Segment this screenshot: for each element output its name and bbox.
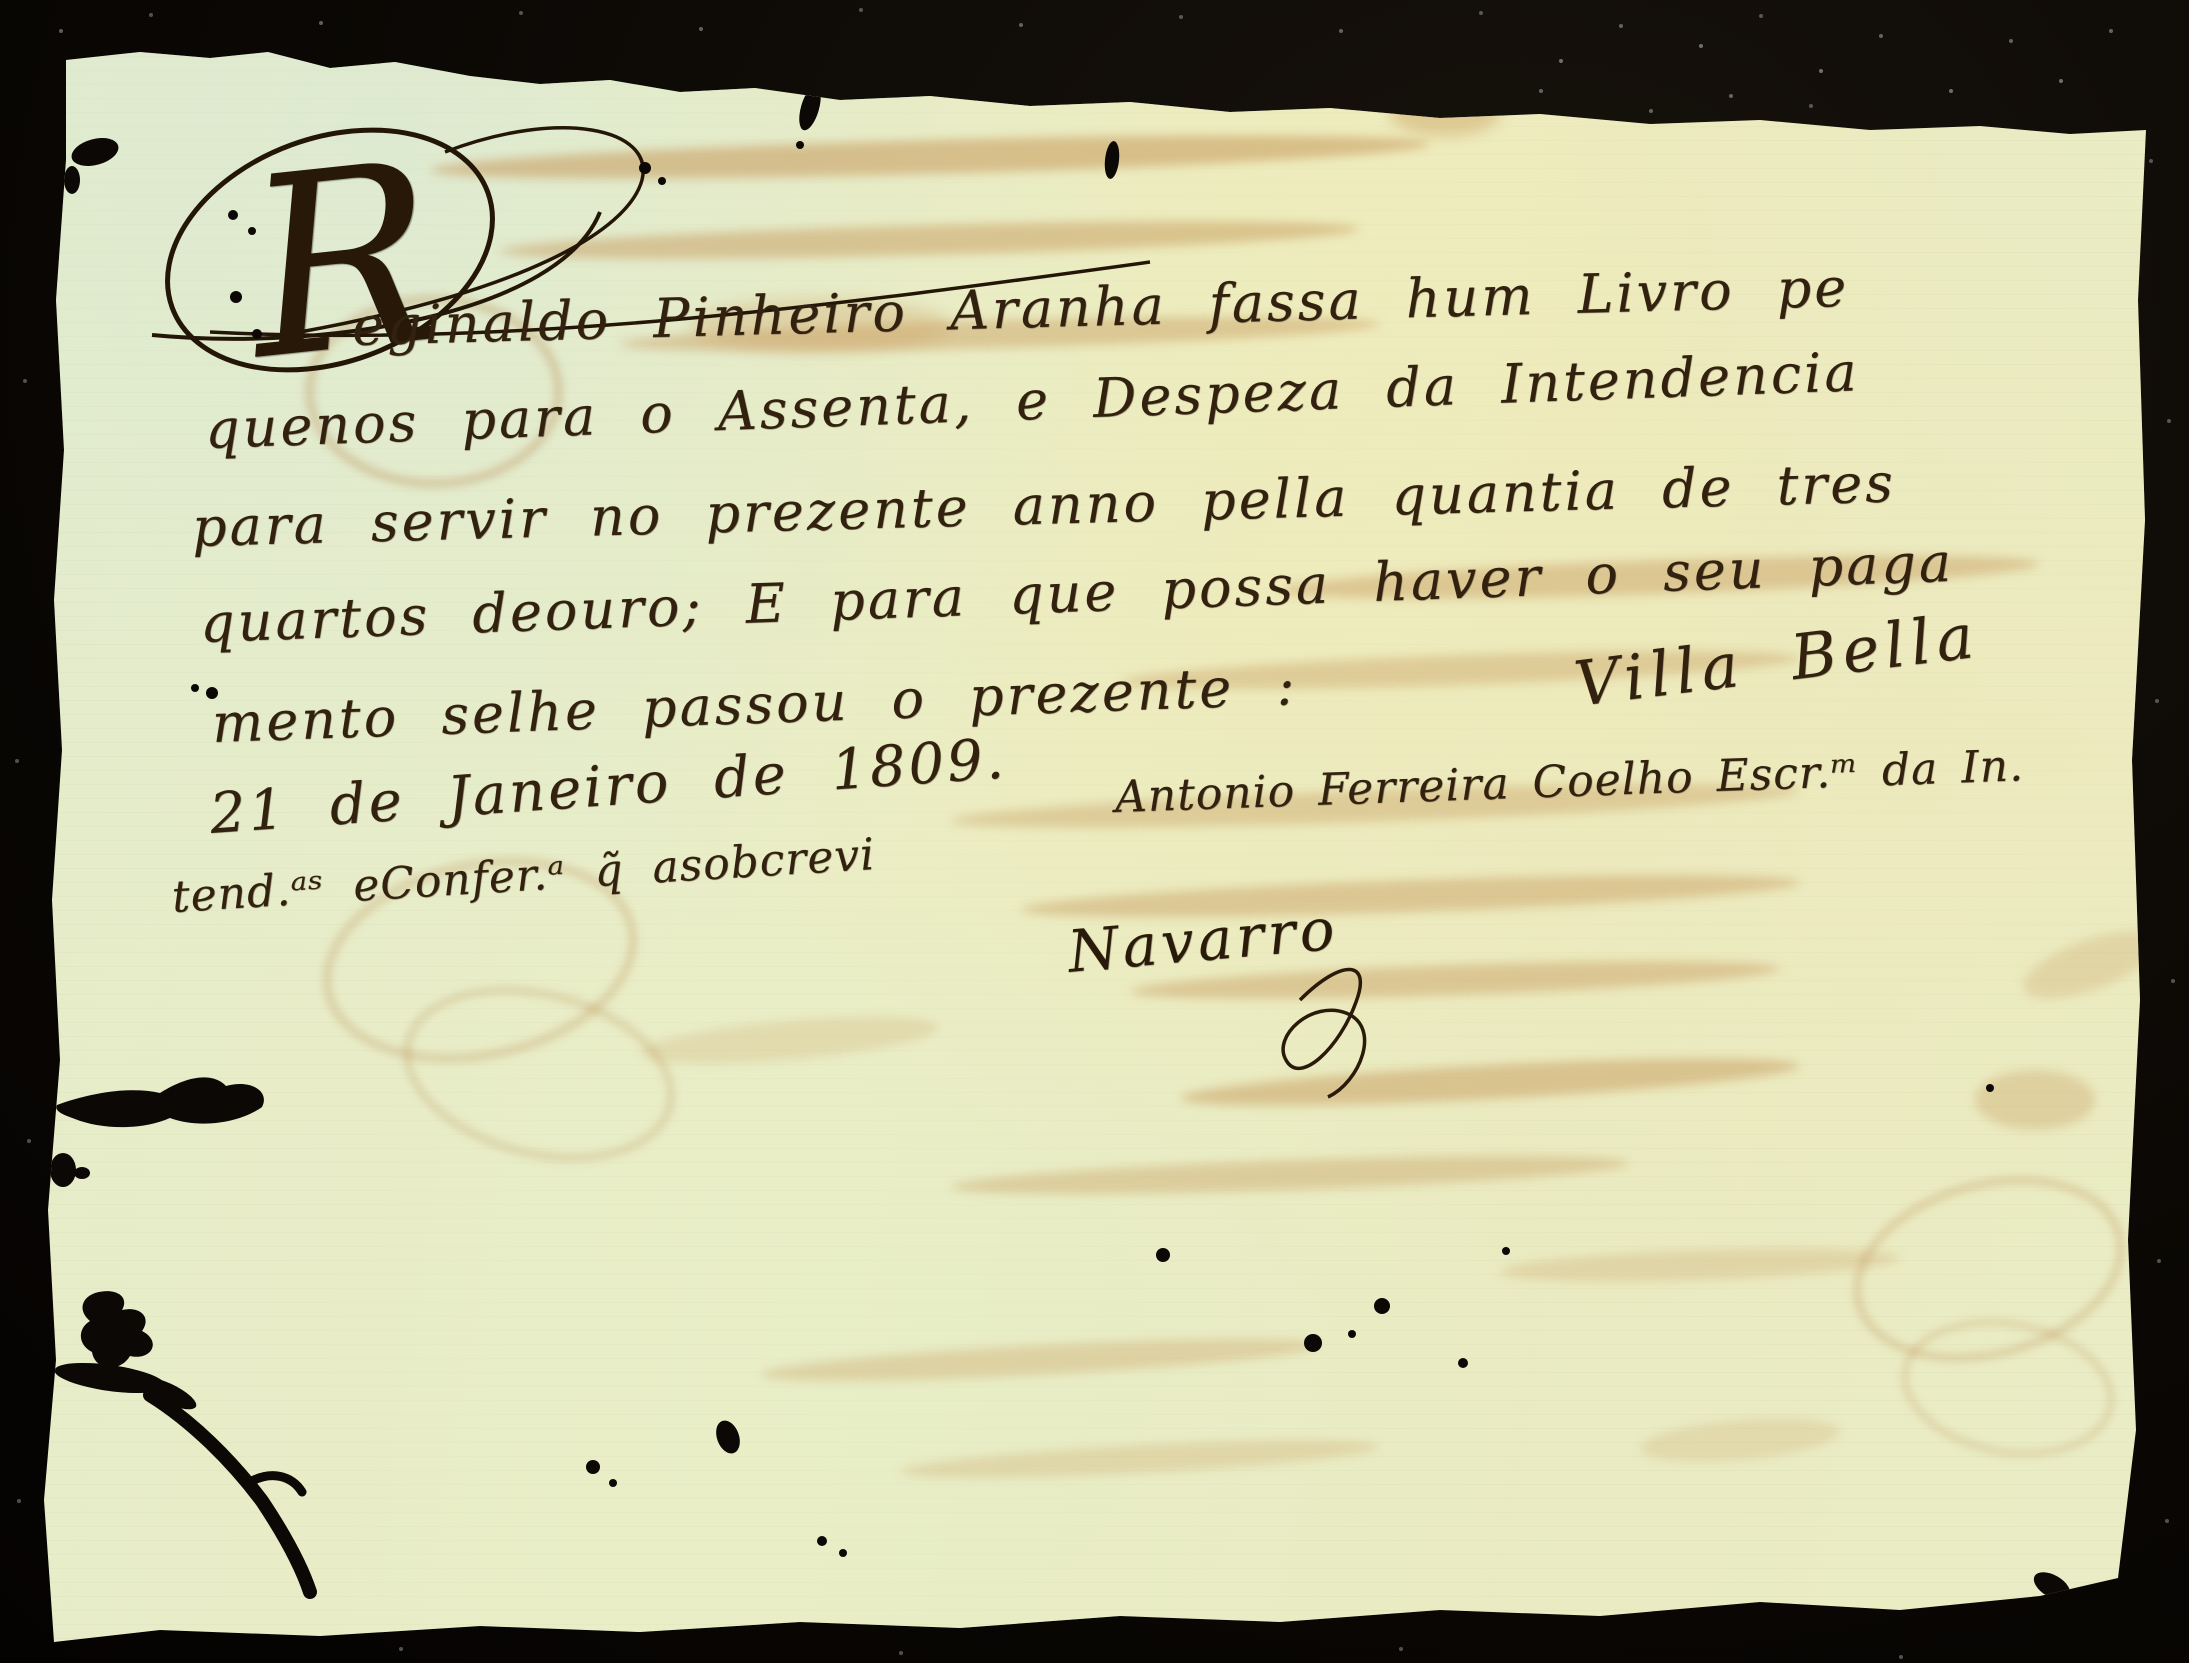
scanned-manuscript: R eginaldo Pinheiro Aranha fassa hum Liv… xyxy=(0,0,2189,1663)
bleed-through-mark xyxy=(639,1007,941,1073)
document-paper: R eginaldo Pinheiro Aranha fassa hum Liv… xyxy=(0,0,2189,1663)
bleed-through-mark xyxy=(1500,1243,1901,1287)
manuscript-line-villa-bella: Villa Bella xyxy=(1571,599,1984,721)
bleed-through-ring xyxy=(1890,1302,2126,1473)
bleed-through-mark xyxy=(500,214,1360,267)
manuscript-line: quenos para o Assenta, e Despeza da Inte… xyxy=(204,340,1861,461)
manuscript-line: eginaldo Pinheiro Aranha fassa hum Livro… xyxy=(351,256,1850,358)
bleed-through-mark xyxy=(1639,1411,1842,1468)
manuscript-line: mento selhe passou o prezente : xyxy=(211,654,1299,755)
bleed-through-mark xyxy=(950,1148,1631,1202)
bleed-through-ring xyxy=(384,959,694,1189)
manuscript-line: tend.ᵃˢ eConfer.ᵃ q̃ asobcrevi xyxy=(170,829,876,923)
bleed-through-mark xyxy=(1975,1070,2095,1130)
bleed-through-mark xyxy=(430,127,1431,187)
bleed-through-ring xyxy=(1832,1147,2147,1391)
manuscript-line-scribe: Antonio Ferreira Coelho Escr.ᵐ da In. xyxy=(1114,740,2025,823)
dust-specks xyxy=(0,0,2,2)
ink-squiggle xyxy=(150,1395,310,1592)
bleed-through-mark xyxy=(900,1432,1381,1485)
initial-capital: R xyxy=(235,109,451,415)
bleed-through-mark xyxy=(2016,918,2165,1013)
signature-flourish xyxy=(1283,969,1364,1097)
bleed-through-mark xyxy=(1180,1049,1801,1115)
bleed-through-mark xyxy=(760,1330,1321,1389)
signature-navarro: Navarro xyxy=(1065,895,1341,986)
paper-stain xyxy=(1390,92,1500,136)
